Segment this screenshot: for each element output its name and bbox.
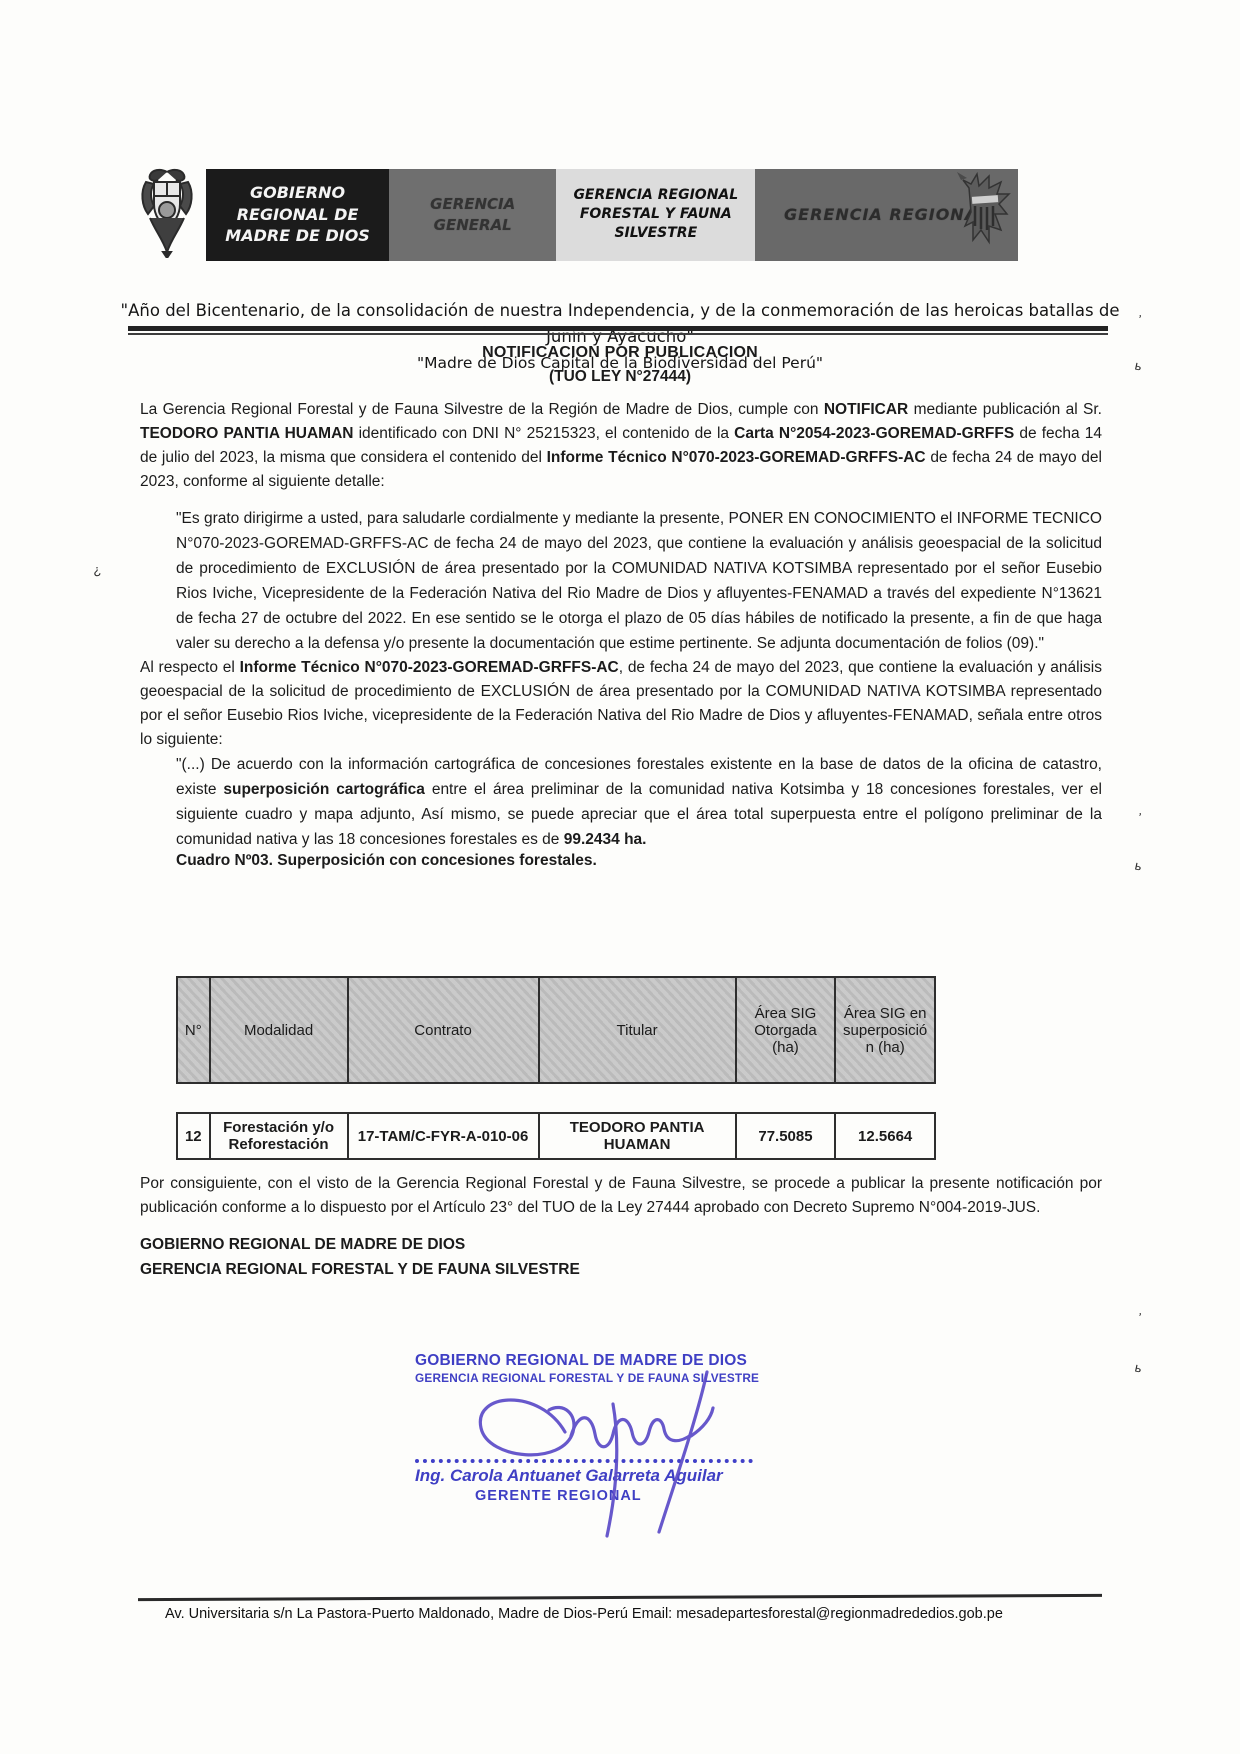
cell-area-superposicion: 12.5664 xyxy=(835,1113,935,1159)
header-cell-modalidad: Modalidad xyxy=(210,977,348,1083)
header-cell-area-otorgada: Área SIG Otorgada (ha) xyxy=(736,977,836,1083)
paragraph-informe-tecnico: Al respecto el Informe Técnico N°070-202… xyxy=(140,656,1102,752)
stamp-line-1: GOBIERNO REGIONAL DE MADRE DE DIOS xyxy=(415,1352,775,1370)
official-stamp: GOBIERNO REGIONAL DE MADRE DE DIOS GEREN… xyxy=(415,1352,775,1504)
quote-superposicion: "(...) De acuerdo con la información car… xyxy=(176,752,1102,852)
org-line-2: GERENCIA REGIONAL FORESTAL Y DE FAUNA SI… xyxy=(140,1257,580,1282)
banner-gerencia-general: GERENCIA GENERAL xyxy=(389,169,556,261)
scan-artifact: ь xyxy=(1134,1359,1144,1375)
table-row: 12 Forestación y/o Reforestación 17-TAM/… xyxy=(177,1113,935,1159)
signer-role: GERENTE REGIONAL xyxy=(475,1488,775,1504)
scan-artifact: ’ xyxy=(1136,312,1142,327)
scan-artifact: ¿ xyxy=(92,562,101,578)
cell-modalidad: Forestación y/o Reforestación xyxy=(210,1113,348,1159)
signer-name: Ing. Carola Antuanet Galarreta Aguilar xyxy=(415,1466,775,1486)
document-title: NOTIFICACION POR PUBLICACION (TUO LEY N°… xyxy=(120,344,1120,386)
signature-dotted-line xyxy=(415,1385,753,1463)
scan-artifact: ь xyxy=(1134,357,1144,373)
org-line-1: GOBIERNO REGIONAL DE MADRE DE DIOS xyxy=(140,1232,580,1257)
scan-artifact: ’ xyxy=(1136,1310,1142,1325)
scan-artifact: ь xyxy=(1134,857,1144,873)
footer-divider xyxy=(138,1594,1102,1601)
header-banners: GOBIERNO REGIONAL DE MADRE DE DIOS GEREN… xyxy=(206,169,1018,261)
cell-numero: 12 xyxy=(177,1113,210,1159)
paragraph-notification: La Gerencia Regional Forestal y de Fauna… xyxy=(140,398,1102,494)
header-cell-numero: N° xyxy=(177,977,210,1083)
motto-line-1: "Año del Bicentenario, de la consolidaci… xyxy=(120,298,1120,324)
letterhead: GOBIERNO REGIONAL DE MADRE DE DIOS GEREN… xyxy=(138,166,1018,263)
header-divider xyxy=(128,326,1108,335)
peru-coat-of-arms-icon xyxy=(138,166,196,263)
scan-artifact: ’ xyxy=(1136,810,1142,825)
banner-gerencia-forestal: GERENCIA REGIONAL FORESTAL Y FAUNA SILVE… xyxy=(556,169,755,261)
org-signature-block: GOBIERNO REGIONAL DE MADRE DE DIOS GEREN… xyxy=(140,1232,580,1282)
table-caption: Cuadro Nº03. Superposición con concesion… xyxy=(176,852,597,870)
header-cell-contrato: Contrato xyxy=(348,977,539,1083)
cell-titular: TEODORO PANTIA HUAMAN xyxy=(539,1113,736,1159)
title-line-2: (TUO LEY N°27444) xyxy=(120,368,1120,386)
paragraph-conclusion: Por consiguiente, con el visto de la Ger… xyxy=(140,1172,1102,1220)
title-line-1: NOTIFICACION POR PUBLICACION xyxy=(120,344,1120,362)
quote-carta-content: "Es grato dirigirme a usted, para saluda… xyxy=(176,506,1102,656)
document-page: GOBIERNO REGIONAL DE MADRE DE DIOS GEREN… xyxy=(0,0,1240,1754)
header-cell-titular: Titular xyxy=(539,977,736,1083)
table-header-row: N° Modalidad Contrato Titular Área SIG O… xyxy=(177,977,935,1083)
regional-emblem-icon xyxy=(955,170,1013,255)
header-cell-area-superposicion: Área SIG en superposició n (ha) xyxy=(835,977,935,1083)
cell-contrato: 17-TAM/C-FYR-A-010-06 xyxy=(348,1113,539,1159)
stamp-line-2: GERENCIA REGIONAL FORESTAL Y DE FAUNA SI… xyxy=(415,1371,775,1385)
footer-address: Av. Universitaria s/n La Pastora-Puerto … xyxy=(165,1606,1003,1622)
concessions-table-header: N° Modalidad Contrato Titular Área SIG O… xyxy=(176,976,936,1084)
cell-area-otorgada: 77.5085 xyxy=(736,1113,836,1159)
concessions-table-row: 12 Forestación y/o Reforestación 17-TAM/… xyxy=(176,1112,936,1160)
banner-gobierno-regional: GOBIERNO REGIONAL DE MADRE DE DIOS xyxy=(206,169,389,261)
